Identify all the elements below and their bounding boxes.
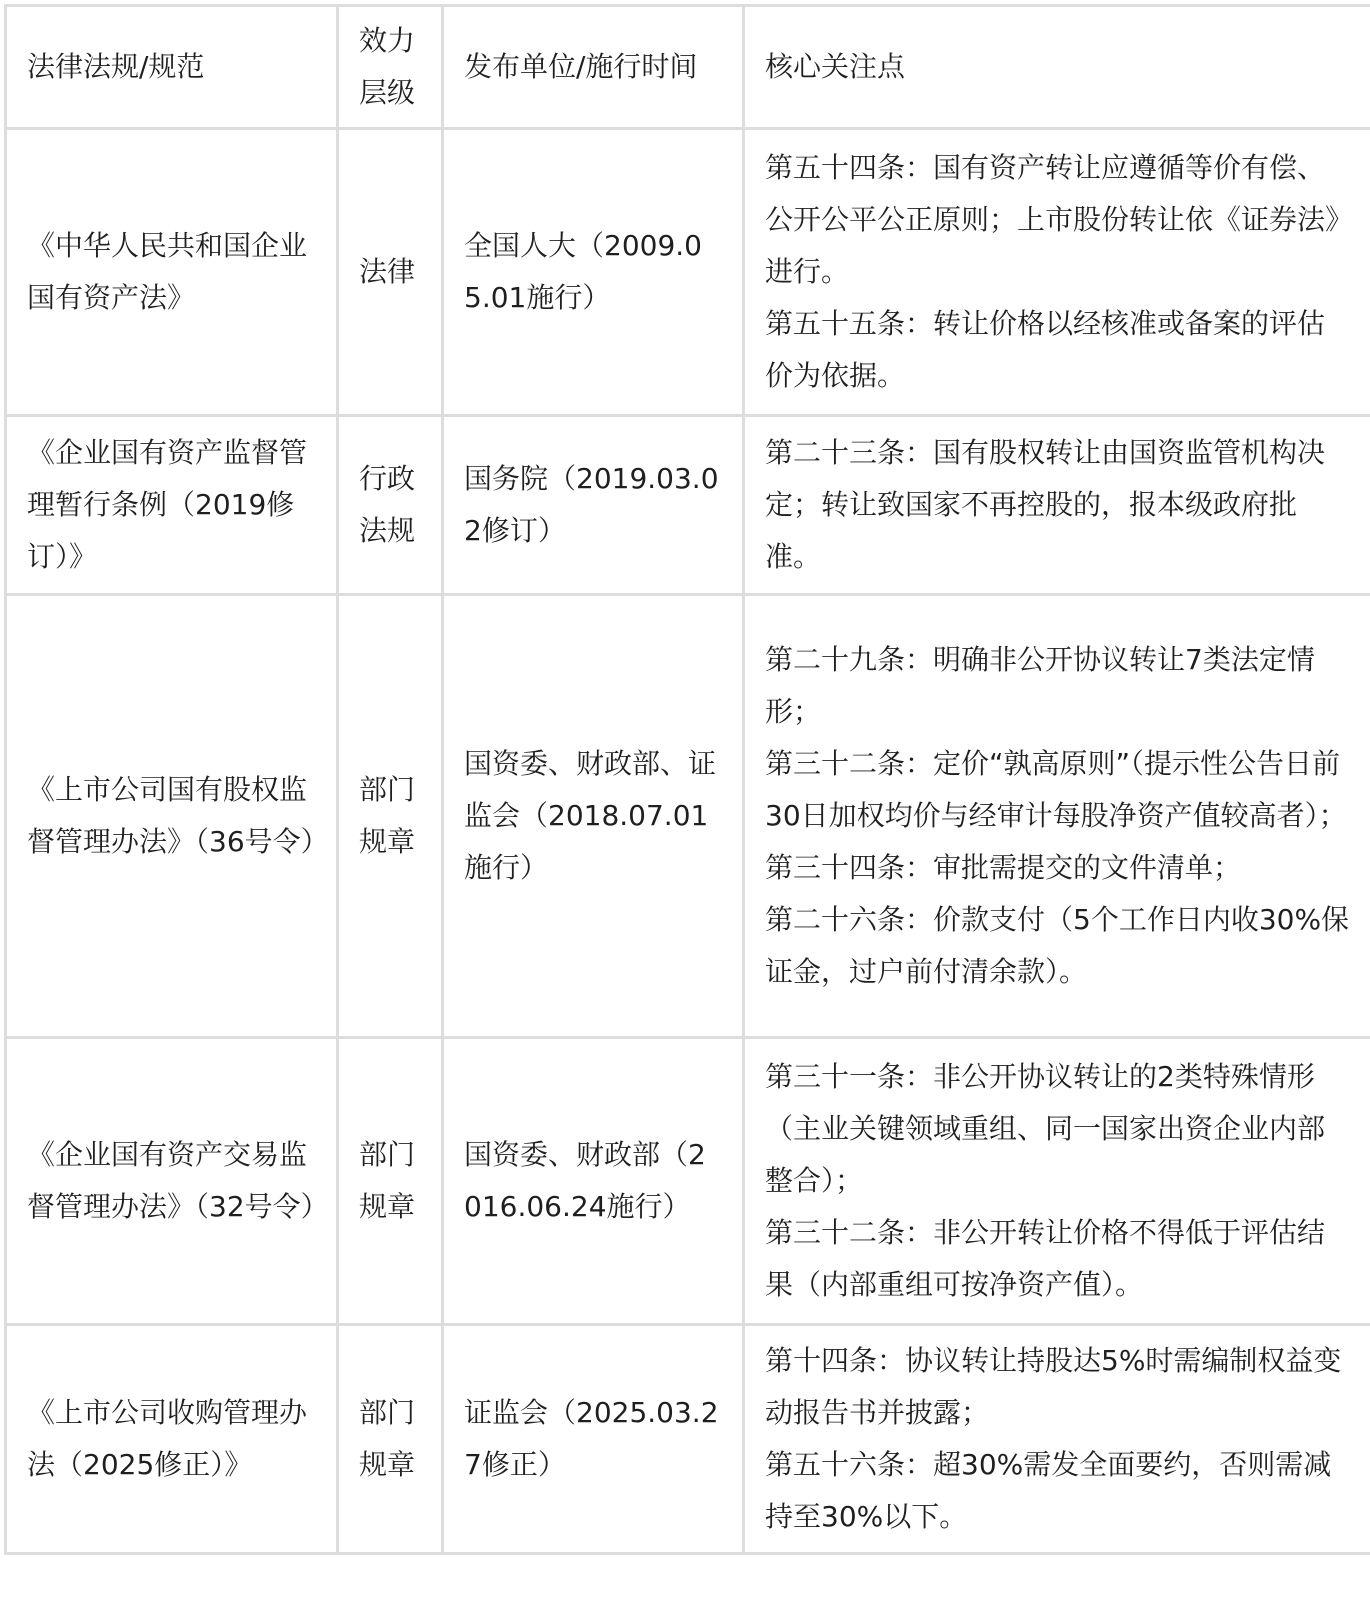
header-issuer: 发布单位/施行时间: [443, 6, 744, 129]
key-point: 第五十四条：国有资产转让应遵循等价有偿、公开公平公正原则；上市股份转让依《证券法…: [765, 142, 1350, 298]
key-point: 第二十三条：国有股权转让由国资监管机构决定；转让致国家不再控股的，报本级政府批准…: [765, 427, 1350, 583]
cell-issuer: 国资委、财政部（2016.06.24施行）: [443, 1038, 744, 1325]
cell-key-points: 第二十九条：明确非公开协议转让7类法定情形； 第三十二条：定价“孰高原则”（提示…: [744, 595, 1370, 1038]
cell-level: 部门规章: [338, 1038, 443, 1325]
regulations-table: 法律法规/规范 效力层级 发布单位/施行时间 核心关注点 《中华人民共和国企业国…: [4, 4, 1370, 1555]
cell-issuer: 全国人大（2009.05.01施行）: [443, 129, 744, 416]
table-row: 《企业国有资产交易监督管理办法》（32号令） 部门规章 国资委、财政部（2016…: [6, 1038, 1370, 1325]
cell-law: 《企业国有资产交易监督管理办法》（32号令）: [6, 1038, 338, 1325]
cell-key-points: 第五十四条：国有资产转让应遵循等价有偿、公开公平公正原则；上市股份转让依《证券法…: [744, 129, 1370, 416]
key-point: 第三十二条：非公开转让价格不得低于评估结果（内部重组可按净资产值）。: [765, 1207, 1350, 1311]
key-point: 第十四条：协议转让持股达5%时需编制权益变动报告书并披露；: [765, 1335, 1350, 1439]
table-row: 《上市公司国有股权监督管理办法》（36号令） 部门规章 国资委、财政部、证监会（…: [6, 595, 1370, 1038]
cell-key-points: 第十四条：协议转让持股达5%时需编制权益变动报告书并披露； 第五十六条：超30%…: [744, 1325, 1370, 1554]
header-law: 法律法规/规范: [6, 6, 338, 129]
cell-level: 部门规章: [338, 595, 443, 1038]
key-point: 第五十六条：超30%需发全面要约，否则需减持至30%以下。: [765, 1439, 1350, 1543]
cell-level: 行政法规: [338, 416, 443, 595]
table-row: 《企业国有资产监督管理暂行条例（2019修订）》 行政法规 国务院（2019.0…: [6, 416, 1370, 595]
cell-law: 《中华人民共和国企业国有资产法》: [6, 129, 338, 416]
header-level: 效力层级: [338, 6, 443, 129]
cell-level: 法律: [338, 129, 443, 416]
key-point: 第二十九条：明确非公开协议转让7类法定情形；: [765, 634, 1350, 738]
key-point: 第三十一条：非公开协议转让的2类特殊情形（主业关键领域重组、同一国家出资企业内部…: [765, 1051, 1350, 1207]
table-row: 《上市公司收购管理办法（2025修正）》 部门规章 证监会（2025.03.27…: [6, 1325, 1370, 1554]
key-point: 第五十五条：转让价格以经核准或备案的评估价为依据。: [765, 298, 1350, 402]
cell-law: 《企业国有资产监督管理暂行条例（2019修订）》: [6, 416, 338, 595]
table-header-row: 法律法规/规范 效力层级 发布单位/施行时间 核心关注点: [6, 6, 1370, 129]
key-point: 第三十二条：定价“孰高原则”（提示性公告日前30日加权均价与经审计每股净资产值较…: [765, 738, 1350, 842]
table-row: 《中华人民共和国企业国有资产法》 法律 全国人大（2009.05.01施行） 第…: [6, 129, 1370, 416]
key-point: 第三十四条：审批需提交的文件清单；: [765, 842, 1350, 894]
cell-law: 《上市公司国有股权监督管理办法》（36号令）: [6, 595, 338, 1038]
cell-key-points: 第二十三条：国有股权转让由国资监管机构决定；转让致国家不再控股的，报本级政府批准…: [744, 416, 1370, 595]
key-point: 第二十六条：价款支付（5个工作日内收30%保证金，过户前付清余款）。: [765, 894, 1350, 998]
cell-level: 部门规章: [338, 1325, 443, 1554]
cell-law: 《上市公司收购管理办法（2025修正）》: [6, 1325, 338, 1554]
cell-key-points: 第三十一条：非公开协议转让的2类特殊情形（主业关键领域重组、同一国家出资企业内部…: [744, 1038, 1370, 1325]
cell-issuer: 国资委、财政部、证监会（2018.07.01施行）: [443, 595, 744, 1038]
cell-issuer: 证监会（2025.03.27修正）: [443, 1325, 744, 1554]
header-key-points: 核心关注点: [744, 6, 1370, 129]
cell-issuer: 国务院（2019.03.02修订）: [443, 416, 744, 595]
